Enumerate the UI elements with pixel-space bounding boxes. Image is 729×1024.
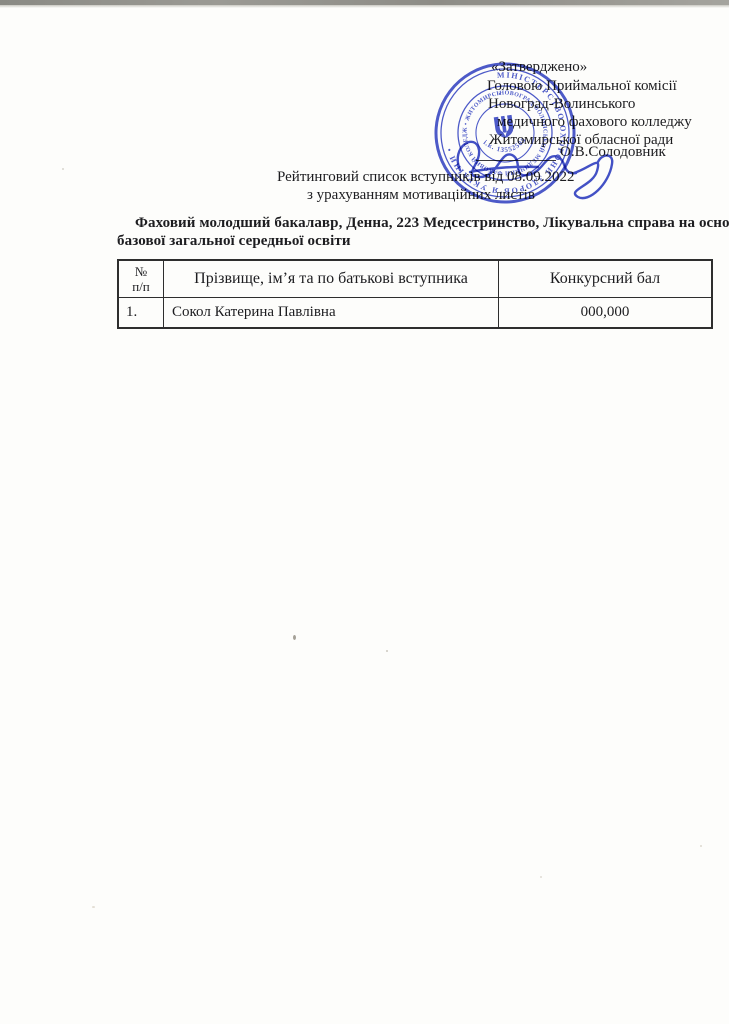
header-number-line2: п/п xyxy=(120,279,162,294)
ranking-table: № п/п Прізвище, ім’я та по батькові всту… xyxy=(117,259,713,329)
scan-speckle xyxy=(700,845,702,847)
scan-speckle xyxy=(92,906,95,908)
scanned-document-page: «Затверджено» Головою Приймальної комісі… xyxy=(0,0,729,1024)
scanner-edge-fade xyxy=(0,5,729,8)
row-score-cell: 000,000 xyxy=(499,298,713,329)
header-number: № п/п xyxy=(118,260,164,298)
row-number-cell: 1. xyxy=(118,298,164,329)
scan-speckle xyxy=(293,635,296,640)
header-applicant-name: Прізвище, ім’я та по батькові вступника xyxy=(164,260,499,298)
program-description-line1: Фаховий молодший бакалавр, Денна, 223 Ме… xyxy=(135,215,729,232)
header-number-line1: № xyxy=(120,264,162,279)
scan-speckle xyxy=(62,168,64,170)
scan-speckle xyxy=(386,650,388,652)
scan-speckle xyxy=(540,876,542,878)
handwritten-signature xyxy=(446,126,641,206)
table-header-row: № п/п Прізвище, ім’я та по батькові всту… xyxy=(118,260,712,298)
header-competitive-score: Конкурсний бал xyxy=(499,260,713,298)
program-description-line2: базової загальної середньої освіти xyxy=(117,233,351,250)
table-row: 1. Сокол Катерина Павлівна 000,000 xyxy=(118,298,712,329)
row-applicant-name-cell: Сокол Катерина Павлівна xyxy=(164,298,499,329)
